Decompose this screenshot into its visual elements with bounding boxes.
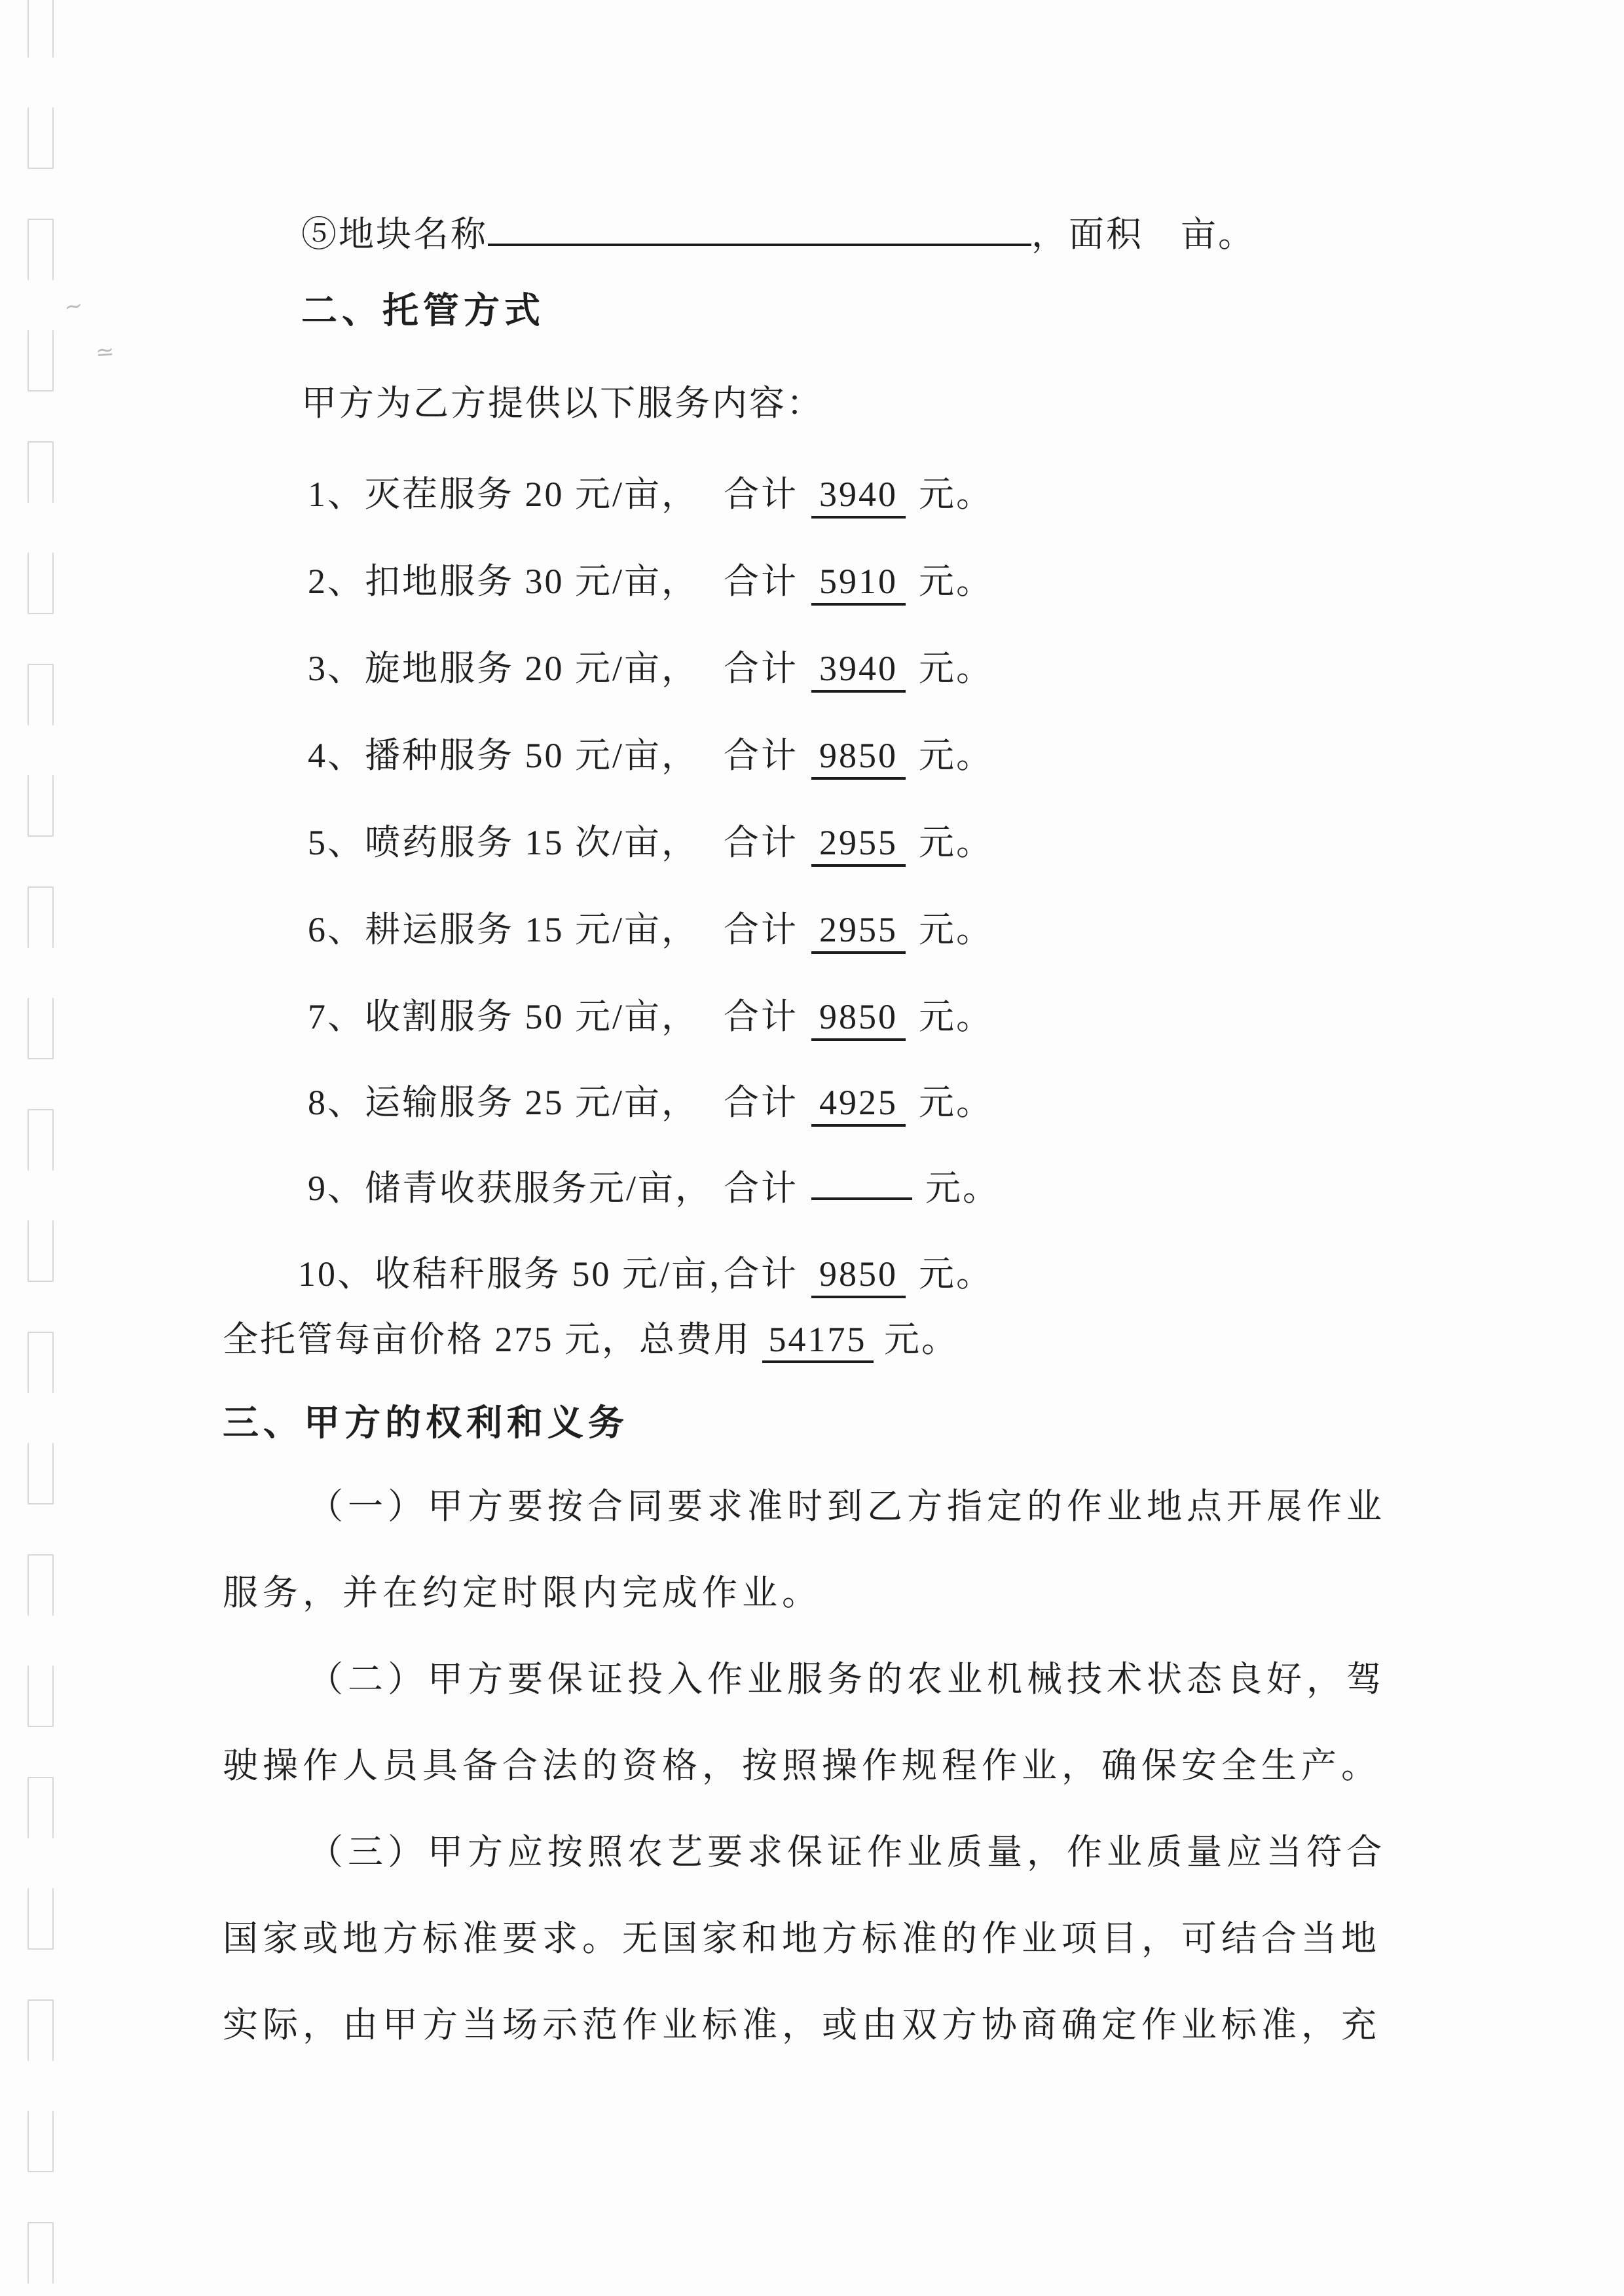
service-label: 6、耕运服务 15 元/亩， — [308, 902, 699, 952]
service-row-1: 1、灭茬服务 20 元/亩， 合计3940元。 — [0, 466, 1624, 512]
total-amount: 5910 — [811, 561, 906, 606]
total-unit: 元。 — [919, 902, 993, 952]
clause5-line: ⑤地块名称，面积 亩。 — [301, 208, 1255, 255]
service-label: 3、旋地服务 20 元/亩， — [308, 640, 699, 691]
summary-line: 全托管每亩价格 275 元，总费用 54175 元。 — [223, 1319, 959, 1360]
service-row-10: 10、收秸秆服务 50 元/亩， 合计9850元。 — [0, 1246, 1624, 1292]
binder-hole-mark — [28, 107, 54, 169]
total-amount-blank — [811, 1196, 912, 1200]
binder-hole-mark — [28, 2111, 54, 2172]
paragraph-line: 实际，由甲方当场示范作业标准，或由双方协商确定作业标准，充 — [223, 2005, 1381, 2045]
binder-hole-mark — [28, 2222, 54, 2284]
binder-hole-mark — [28, 1554, 54, 1616]
total-amount: 2955 — [811, 909, 906, 954]
total-amount: 3940 — [811, 648, 906, 693]
total-unit: 元。 — [925, 1160, 1000, 1211]
total-unit: 元。 — [919, 640, 993, 691]
section2-heading: 二、托管方式 — [301, 290, 545, 331]
total-label: 合计 — [724, 902, 798, 952]
clause5-suffix: ，面积 亩。 — [1031, 215, 1255, 254]
service-label: 2、扣地服务 30 元/亩， — [308, 553, 699, 604]
clause5-prefix: ⑤地块名称 — [301, 215, 488, 254]
binder-hole-mark — [28, 1777, 54, 1838]
paragraph-line: 驶操作人员具备合法的资格，按照操作规程作业，确保安全生产。 — [223, 1745, 1381, 1786]
summary-amount: 54175 — [762, 1320, 874, 1363]
service-row-9: 9、储青收获服务元/亩， 合计元。 — [0, 1160, 1624, 1206]
paragraph-line: （二）甲方要保证投入作业服务的农业机械技术状态良好，驾 — [308, 1659, 1386, 1700]
service-label: 4、播种服务 50 元/亩， — [308, 727, 699, 778]
total-label: 合计 — [724, 1160, 798, 1211]
total-unit: 元。 — [919, 727, 993, 778]
total-label: 合计 — [724, 1074, 798, 1125]
service-row-7: 7、收割服务 50 元/亩， 合计9850元。 — [0, 989, 1624, 1034]
total-amount: 2955 — [811, 822, 906, 867]
total-unit: 元。 — [919, 466, 993, 517]
clause5-blank-line — [488, 208, 1031, 246]
total-label: 合计 — [724, 466, 798, 517]
total-amount: 3940 — [811, 474, 906, 519]
service-row-8: 8、运输服务 25 元/亩， 合计4925元。 — [0, 1074, 1624, 1120]
service-label: 10、收秸秆服务 50 元/亩， — [298, 1246, 746, 1296]
binder-hole-mark — [28, 1443, 54, 1504]
binder-hole-mark — [28, 219, 54, 280]
service-label: 9、储青收获服务元/亩， — [308, 1160, 712, 1211]
paragraph-line: 服务，并在约定时限内完成作业。 — [223, 1573, 822, 1613]
service-row-5: 5、喷药服务 15 次/亩， 合计2955元。 — [0, 814, 1624, 860]
total-label: 合计 — [724, 989, 798, 1039]
section3-heading: 三、甲方的权利和义务 — [223, 1402, 629, 1443]
total-unit: 元。 — [919, 553, 993, 604]
service-label: 1、灭茬服务 20 元/亩， — [308, 466, 699, 517]
total-unit: 元。 — [919, 1074, 993, 1125]
binder-hole-mark — [28, 1666, 54, 1727]
service-label: 7、收割服务 50 元/亩， — [308, 989, 699, 1039]
total-label: 合计 — [724, 814, 798, 865]
total-label: 合计 — [724, 640, 798, 691]
summary-prefix: 全托管每亩价格 275 元，总费用 — [223, 1320, 751, 1359]
service-label: 5、喷药服务 15 次/亩， — [308, 814, 699, 865]
total-label: 合计 — [724, 1246, 798, 1296]
binder-hole-mark — [28, 1999, 54, 2061]
service-row-3: 3、旋地服务 20 元/亩， 合计3940元。 — [0, 640, 1624, 686]
binder-hole-mark — [28, 1332, 54, 1393]
total-amount: 9850 — [811, 1254, 906, 1298]
scanned-contract-page: ∼ ≃ ⑤地块名称，面积 亩。 二、托管方式 甲方为乙方提供以下服务内容： 1、… — [0, 0, 1624, 2296]
scan-noise-mark: ∼ — [62, 292, 85, 321]
total-amount: 9850 — [811, 996, 906, 1041]
total-amount: 4925 — [811, 1082, 906, 1127]
binder-hole-mark — [28, 1888, 54, 1950]
paragraph-line: 国家或地方标准要求。无国家和地方标准的作业项目，可结合当地 — [223, 1918, 1381, 1959]
service-row-2: 2、扣地服务 30 元/亩， 合计5910元。 — [0, 553, 1624, 599]
total-label: 合计 — [724, 553, 798, 604]
scan-noise-mark: ≃ — [95, 338, 115, 366]
service-row-4: 4、播种服务 50 元/亩， 合计9850元。 — [0, 727, 1624, 773]
total-label: 合计 — [724, 727, 798, 778]
paragraph-line: （一）甲方要按合同要求准时到乙方指定的作业地点开展作业 — [308, 1486, 1386, 1527]
services-intro: 甲方为乙方提供以下服务内容： — [301, 383, 824, 424]
total-amount: 9850 — [811, 735, 906, 780]
binder-hole-mark — [28, 330, 54, 392]
total-unit: 元。 — [919, 1246, 993, 1296]
total-unit: 元。 — [919, 814, 993, 865]
binder-holes-column — [0, 0, 79, 2296]
service-label: 8、运输服务 25 元/亩， — [308, 1074, 699, 1125]
binder-hole-mark — [28, 0, 54, 58]
paragraph-line: （三）甲方应按照农艺要求保证作业质量，作业质量应当符合 — [308, 1832, 1386, 1872]
summary-unit: 元。 — [884, 1320, 959, 1359]
service-row-6: 6、耕运服务 15 元/亩， 合计2955元。 — [0, 902, 1624, 947]
total-unit: 元。 — [919, 989, 993, 1039]
